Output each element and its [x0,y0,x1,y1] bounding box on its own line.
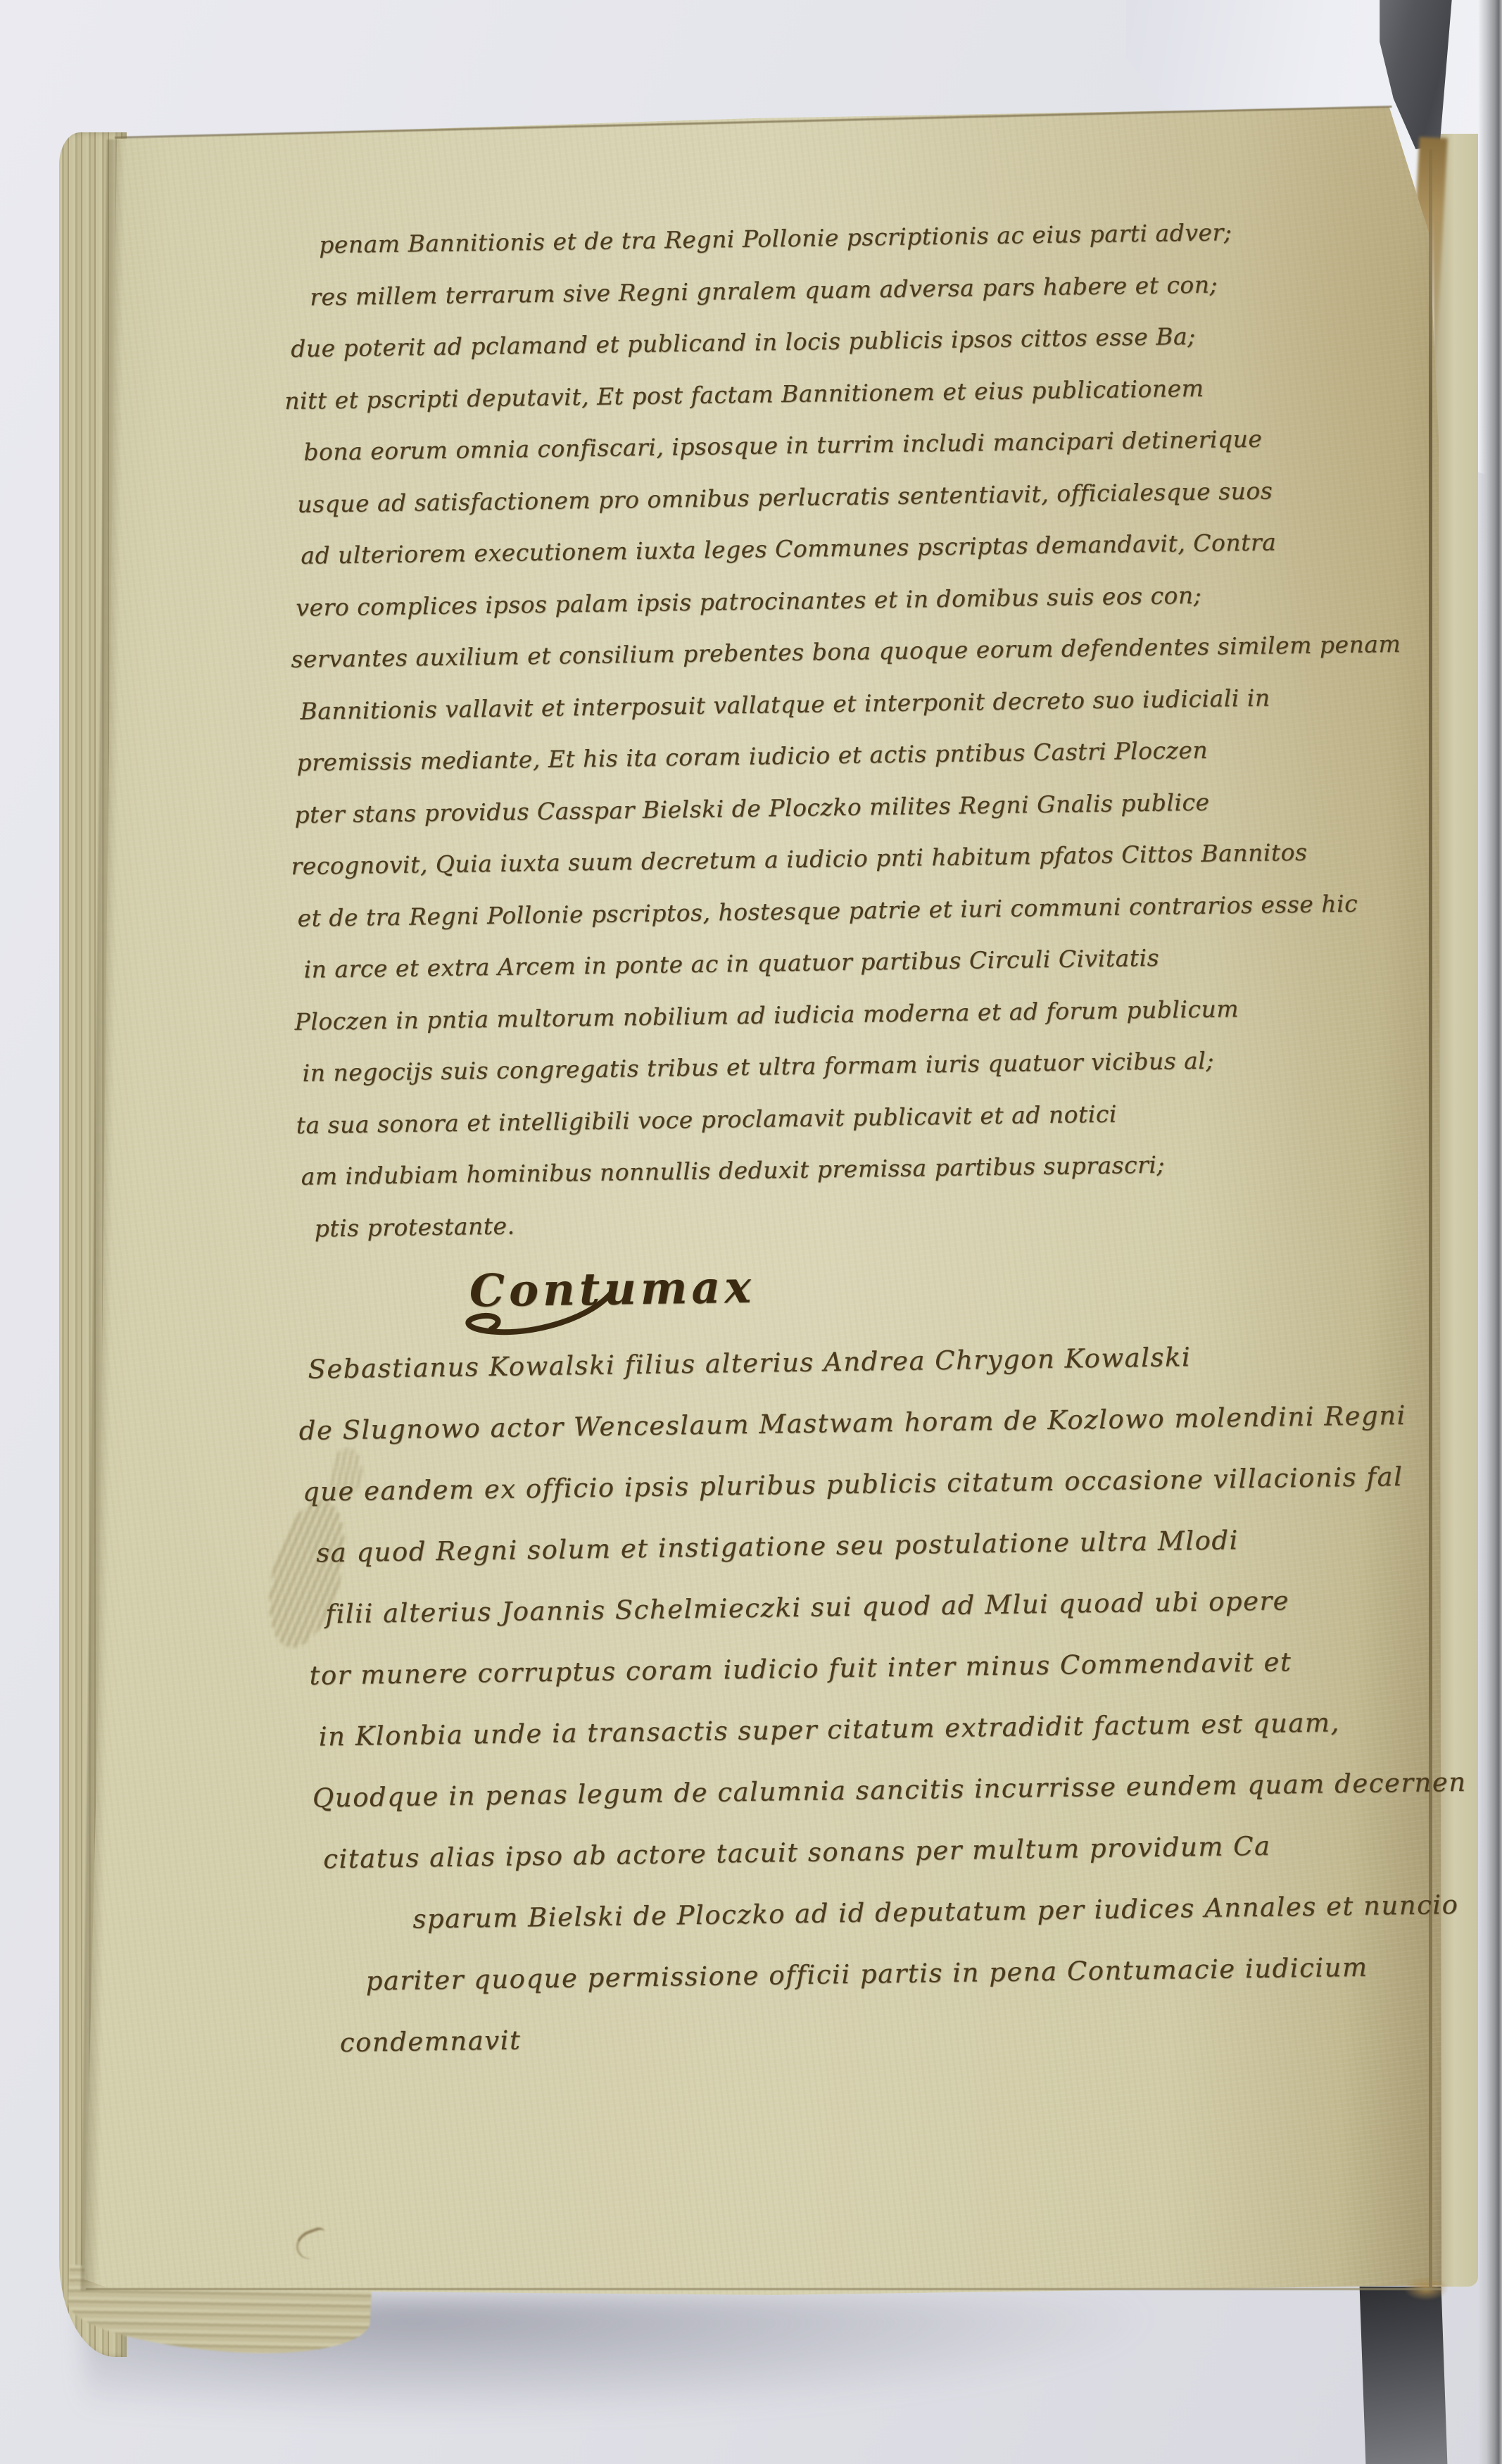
section-heading: Contumax [469,1248,755,1330]
paragraph-1: penam Bannitionis et de tra Regni Pollon… [282,204,1394,1255]
handwritten-text: penam Bannitionis et de tra Regni Pollon… [282,169,1406,2074]
gutter-line [1429,149,1432,2288]
book-strap-bottom [1360,2287,1448,2464]
cradle-edge [1478,0,1502,2464]
manuscript-photo: penam Bannitionis et de tra Regni Pollon… [0,0,1502,2464]
page-bottom-edge [86,2288,1441,2290]
paragraph-2: Sebastianus Kowalski filius alterius And… [298,1324,1406,2074]
section-heading-row: Contumax [469,1239,1396,1336]
